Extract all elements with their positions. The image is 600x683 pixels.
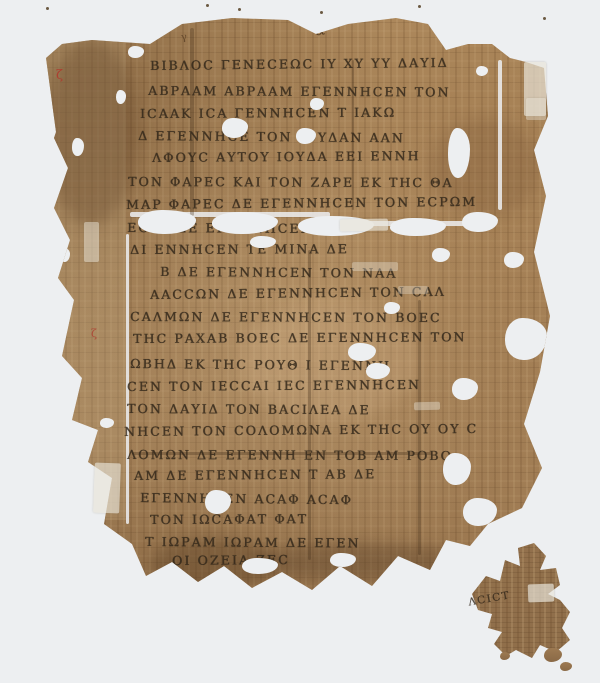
text-line: Δ ΕΓΕΝΝΗCΕ ΤΟΝ ΙΟΥΔΑΝ ΑΑΝ — [138, 128, 405, 145]
text-line: ΤΟΝ ΦΑΡΕC ΚΑΙ ΤΟΝ ΖΑΡΕ ΕΚ ΤΗC ΘΑ — [128, 174, 454, 190]
tape-patch — [414, 402, 440, 410]
text-line: ΒΙΒΛΟC ΓΕΝΕCΕΩC ΙΥ ΧΥ ΥΥ ΔΑΥΙΔ — [150, 55, 449, 73]
tape-patch — [84, 222, 99, 262]
scan-dust-speck — [238, 8, 241, 11]
papyrus-photo: ΒΙΒΛΟC ΓΕΝΕCΕΩC ΙΥ ΧΥ ΥΥ ΔΑΥΙΔΑΒΡΑΑΜ ΑΒΡ… — [0, 0, 600, 683]
text-line: ΛΦΟΥC ΑΥΤΟΥ ΙΟΥΔΑ ΕΕΙ ΕΝΝΗ — [152, 148, 421, 165]
text-line: ΑΜ ΔΕ ΕΓΕΝΝΗCΕΝ Τ ΑΒ ΔΕ — [134, 466, 376, 483]
papyrus-speck — [544, 648, 562, 662]
red-ink-mark: ζ — [91, 327, 97, 340]
tape-patch — [340, 219, 388, 232]
text-line: ΕΓΕΝΝΗCΕΝ ΑCΑΦ ΑCΑΦ — [140, 490, 353, 507]
text-line: ΛΟΜΩΝ ΔΕ ΕΓΕΝΝΗ ΕΝ ΤΟΒ ΑΜ ΡΟΒΟ — [127, 447, 453, 463]
tape-patch — [93, 463, 121, 514]
scan-dust-speck — [320, 11, 323, 14]
scan-dust-speck — [543, 17, 546, 20]
text-line: ΝΗCΕΝ ΤΟΝ CΟΛΟΜΩΝΑ ΕΚ ΤΗC ΟΥ ΟΥ C — [124, 421, 478, 439]
text-line: ΑΒΡΑΑΜ ΑΒΡΑΑΜ ΕΓΕΝΝΗCΕΝ ΤΟΝ — [148, 83, 450, 100]
page-number: α — [313, 19, 326, 39]
papyrus-speck — [500, 652, 510, 660]
text-line: ΤΗC ΡΑΧΑΒ ΒΟΕC ΔΕ ΕΓΕΝΝΗCΕΝ ΤΟΝ — [133, 329, 467, 346]
text-line: ΔΙ ΕΝΝΗCΕΝ ΤΕ ΜΙΝΑ ΔΕ — [130, 241, 349, 257]
tape-patch — [398, 286, 428, 294]
text-line: ΤΟΝ ΔΑΥΙΔ ΤΟΝ ΒΑCΙΛΕΑ ΔΕ — [127, 401, 371, 417]
scan-dust-speck — [206, 4, 209, 7]
text-line: CΕΝ ΤΟΝ ΙΕCCΑΙ ΙΕC ΕΓΕΝΝΗCΕΝ — [127, 377, 421, 394]
scan-dust-speck — [418, 5, 421, 8]
papyrus-speck — [560, 662, 572, 671]
red-ink-mark: ζ — [56, 68, 63, 83]
scan-dust-speck — [46, 7, 49, 10]
text-line: Τ ΙΩΡΑΜ ΙΩΡΑΜ ΔΕ ΕΓΕΝ — [145, 534, 361, 551]
tape-patch — [526, 98, 546, 120]
text-line: ΜΑΡ ΦΑΡΕC ΔΕ ΕΓΕΝΝΗCΕΝ ΤΟΝ ΕCΡΩΜ — [126, 194, 477, 212]
tape-patch — [528, 584, 555, 603]
tape-patch — [352, 262, 398, 271]
text-line: ΙCΑΑΚ ΙCΑ ΓΕΝΝΗCΕΝ Τ ΙΑΚΩ — [140, 105, 396, 121]
text-line: ΤΟΝ ΙΩCΑΦΑΤ ΦΑΤ — [150, 511, 308, 527]
